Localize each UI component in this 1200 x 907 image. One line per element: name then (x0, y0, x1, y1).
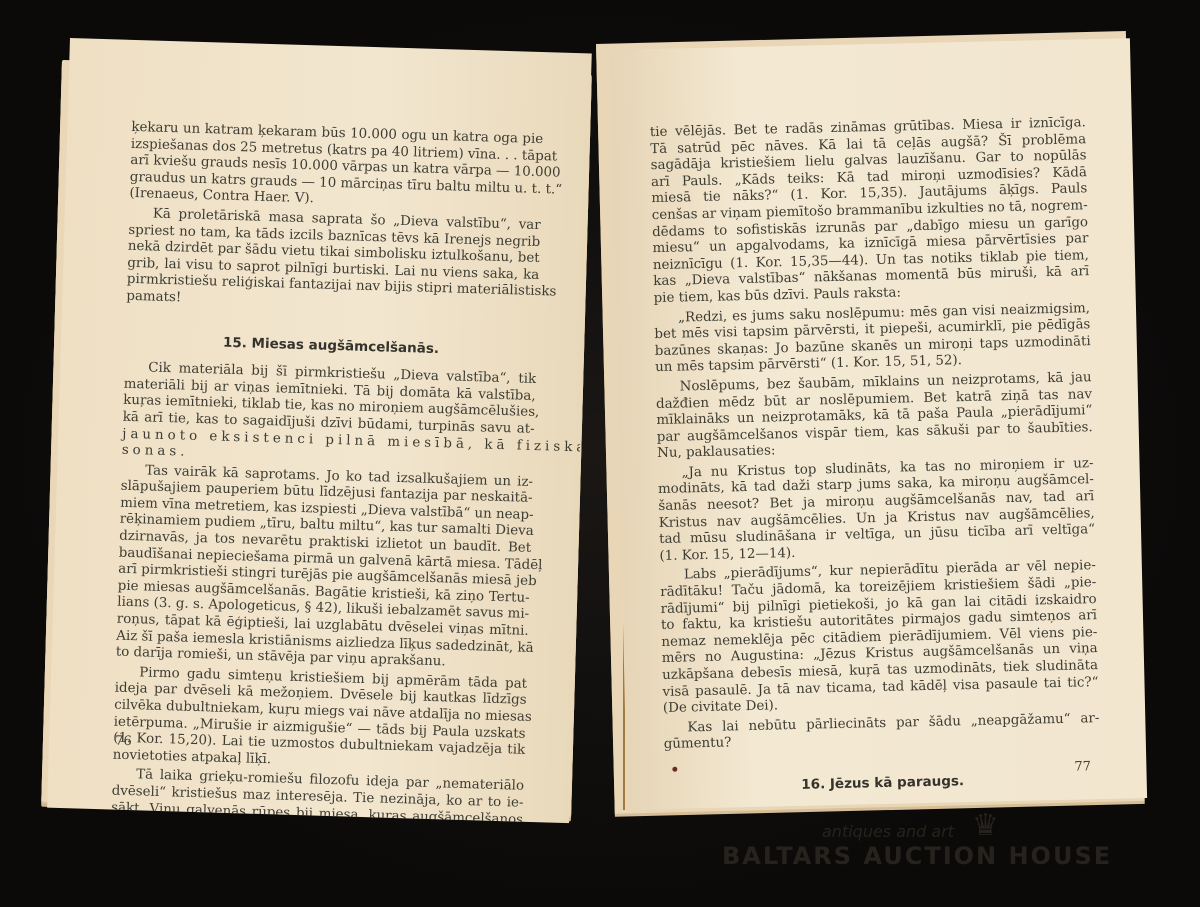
quote-paragraph: „Redzi, es jums saku noslēpumu: mēs gan … (654, 301, 1091, 377)
watermark-name: BALTARS AUCTION HOUSE (722, 842, 1112, 870)
paragraph: Labs „pierādījums“, kur nepierādītu pier… (660, 559, 1099, 718)
paragraph: ķekaru un katram ķekaram būs 10.000 ogu … (129, 120, 543, 215)
paragraph: Noslēpums, bez šaubām, mīklains un neizp… (655, 370, 1093, 463)
quote-paragraph: „Ja nu Kristus top sludināts, ka tas no … (657, 456, 1095, 565)
section-heading-16: 16. Jēzus kā paraugs. (665, 770, 1101, 796)
section-heading-15: 15. Miesas augšāmcelšanās. (125, 331, 537, 360)
paragraph: Pirmo gadu simteņu kristiešiem bij apmēr… (112, 664, 527, 776)
ink-stain (672, 767, 677, 772)
watermark-tagline: antiques and art (822, 822, 954, 841)
right-page: tie vēlējās. Bet te radās zināmas grūtīb… (610, 38, 1147, 810)
crown-icon: ♛ (972, 808, 999, 843)
left-page: ķekaru un katram ķekaram būs 10.000 ogu … (47, 38, 592, 823)
left-page-text: ķekaru un katram ķekaram būs 10.000 ogu … (111, 120, 544, 823)
right-page-text: tie vēlējās. Bet te radās zināmas grūtīb… (650, 115, 1102, 810)
paragraph: tie vēlējās. Bet te radās zināmas grūtīb… (650, 115, 1090, 307)
paragraph: Kas lai nebūtu pārliecināts par šādu „ne… (663, 711, 1100, 754)
paragraph: Kā proletāriskā masa saprata šo „Dieva v… (126, 206, 541, 318)
paragraph: Tas vairāk kā saprotams. Jo ko tad izsal… (116, 462, 534, 673)
page-number-left: 76 (115, 734, 132, 749)
paragraph: Cik materiāla bij šī pirmkristiešu „Diev… (122, 360, 537, 472)
page-number-right: 77 (1074, 759, 1091, 774)
